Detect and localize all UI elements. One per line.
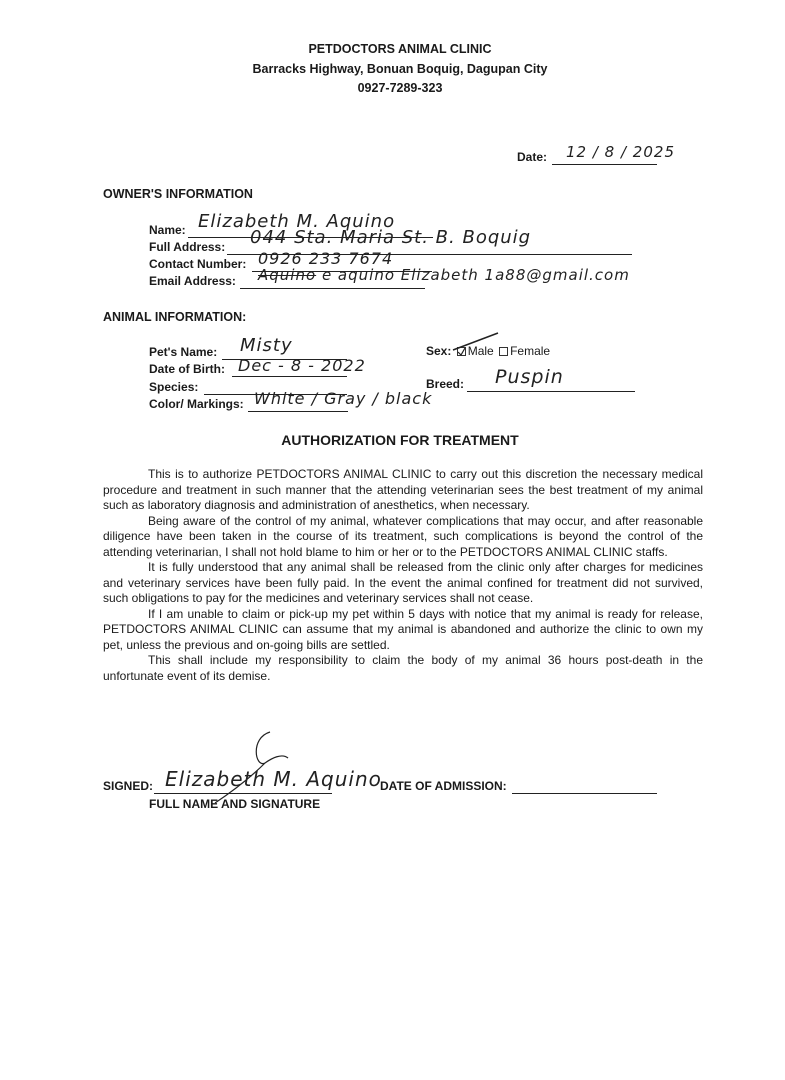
owner-email-value[interactable]: Aquino e aquino Elizabeth 1a88@gmail.com — [258, 266, 630, 284]
color-line — [248, 411, 348, 412]
authorization-paragraph: Being aware of the control of my animal,… — [103, 514, 703, 561]
authorization-paragraph: It is fully understood that any animal s… — [103, 560, 703, 607]
email-line — [240, 288, 425, 289]
email-struck-text: Aquino — [258, 266, 316, 284]
contact-label: Contact Number: — [149, 257, 246, 271]
female-option-label: Female — [510, 344, 550, 358]
sex-check-mark-icon — [450, 330, 500, 354]
pet-name-label: Pet's Name: — [149, 345, 217, 359]
authorization-paragraph: If I am unable to claim or pick-up my pe… — [103, 607, 703, 654]
admission-line — [512, 793, 657, 794]
dob-value[interactable]: Dec - 8 - 2022 — [238, 356, 366, 375]
authorization-paragraph: This shall include my responsibility to … — [103, 653, 703, 684]
dob-label: Date of Birth: — [149, 362, 225, 376]
dob-line — [232, 376, 347, 377]
breed-value[interactable]: Puspin — [495, 366, 564, 388]
signature-flourish-icon — [210, 728, 300, 808]
admission-label: DATE OF ADMISSION: — [380, 779, 507, 793]
clinic-address: Barracks Highway, Bonuan Boquig, Dagupan… — [0, 62, 785, 76]
owner-section-title: OWNER'S INFORMATION — [103, 187, 253, 201]
signature-caption: FULL NAME AND SIGNATURE — [149, 797, 320, 811]
clinic-phone: 0927-7289-323 — [0, 81, 785, 95]
breed-line — [467, 391, 635, 392]
animal-section-title: ANIMAL INFORMATION: — [103, 310, 246, 324]
date-line — [552, 164, 657, 165]
owner-address-value[interactable]: 044 Sta. Maria St. B. Boquig — [250, 227, 531, 248]
color-label: Color/ Markings: — [149, 397, 244, 411]
clinic-name: PETDOCTORS ANIMAL CLINIC — [0, 42, 785, 56]
address-label: Full Address: — [149, 240, 225, 254]
authorization-body: This is to authorize PETDOCTORS ANIMAL C… — [103, 467, 703, 684]
name-label: Name: — [149, 223, 186, 237]
email-label: Email Address: — [149, 274, 236, 288]
authorization-paragraph: This is to authorize PETDOCTORS ANIMAL C… — [103, 467, 703, 514]
authorization-title: AUTHORIZATION FOR TREATMENT — [0, 432, 785, 448]
date-value[interactable]: 12 / 8 / 2025 — [566, 143, 675, 161]
email-text: e aquino Elizabeth 1a88@gmail.com — [322, 266, 630, 284]
breed-label: Breed: — [426, 377, 464, 391]
female-checkbox[interactable] — [499, 347, 508, 356]
species-label: Species: — [149, 380, 198, 394]
sex-label: Sex: — [426, 344, 451, 358]
pet-name-value[interactable]: Misty — [240, 335, 293, 356]
signed-label: SIGNED: — [103, 779, 153, 793]
date-label: Date: — [517, 150, 547, 164]
color-value[interactable]: White / Gray / black — [254, 389, 432, 408]
